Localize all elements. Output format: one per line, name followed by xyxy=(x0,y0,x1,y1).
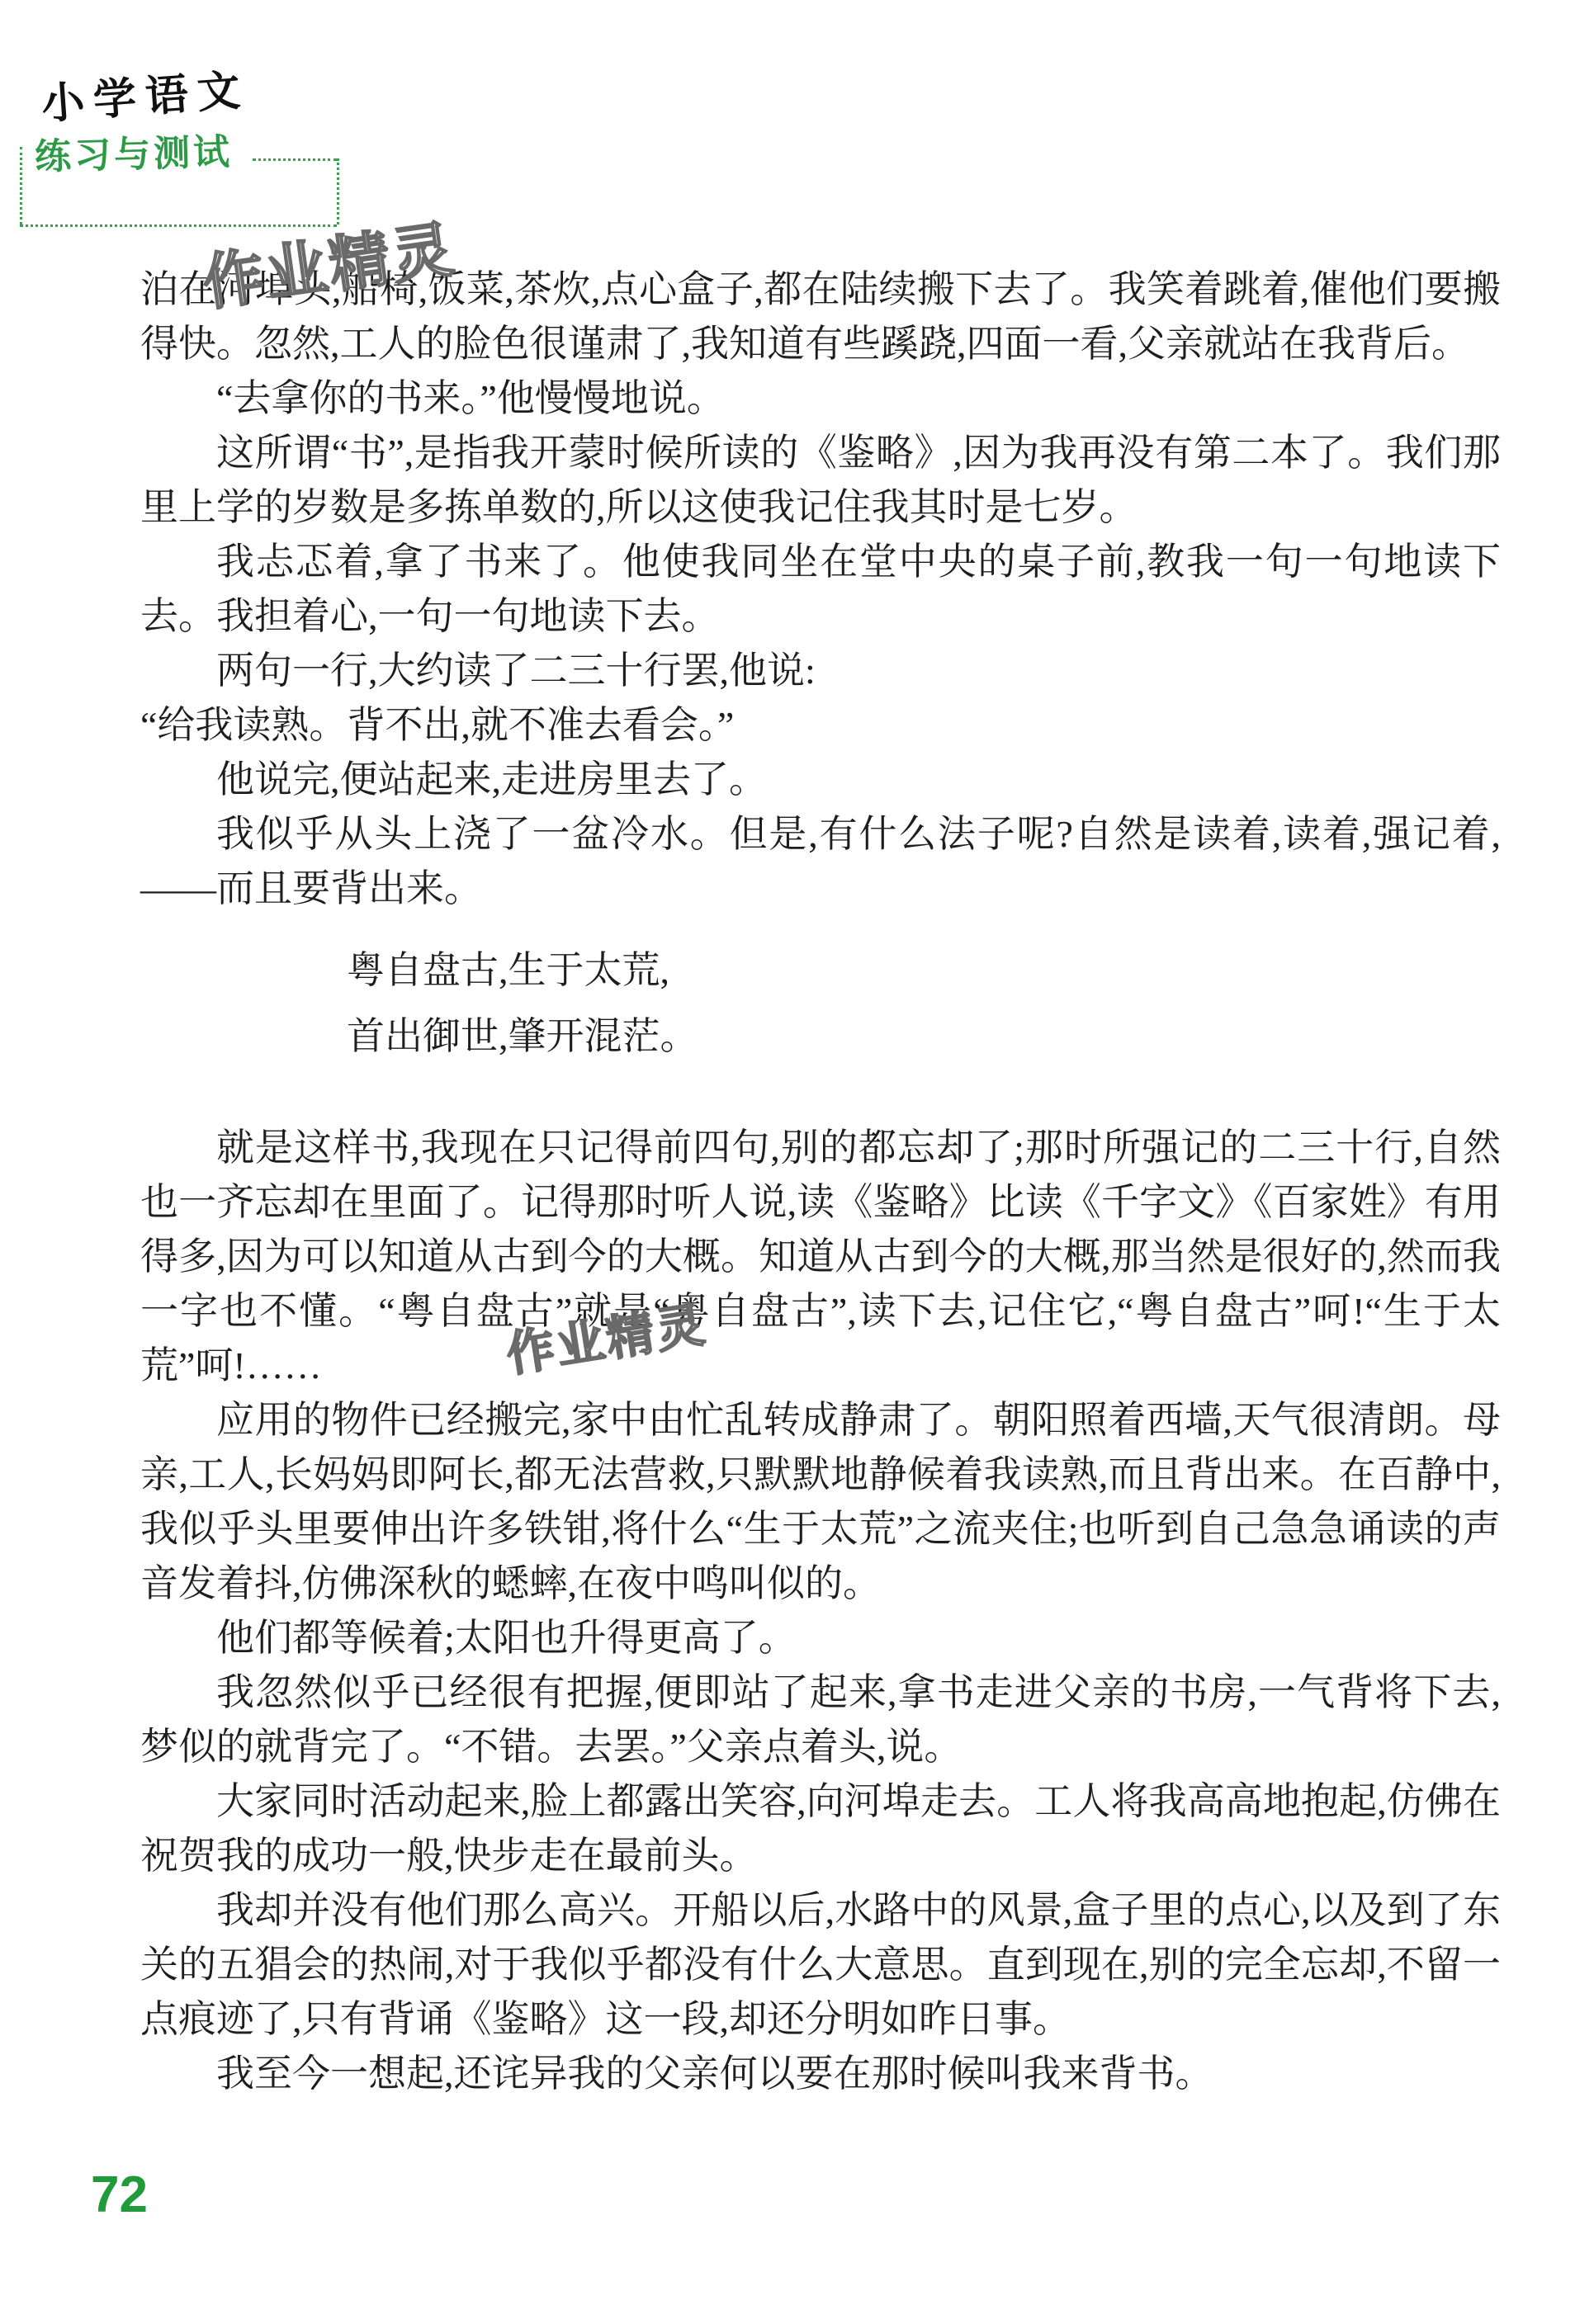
paragraph: 大家同时活动起来,脸上都露出笑容,向河埠走去。工人将我高高地抱起,仿佛在祝贺我的… xyxy=(140,1774,1501,1883)
series-title: 小学语文 xyxy=(39,55,251,131)
paragraph: 我似乎从头上浇了一盆冷水。但是,有什么法子呢?自然是读着,读着,强记着,——而且… xyxy=(140,807,1501,916)
paragraph: “给我读熟。背不出,就不准去看会。” xyxy=(140,698,1501,753)
article-text: 泊在河埠头,船椅,饭菜,茶炊,点心盒子,都在陆续搬下去了。我笑着跳着,催他们要搬… xyxy=(140,262,1501,2101)
textbook-page: 小学语文 练习与测试 泊在河埠头,船椅,饭菜,茶炊,点心盒子,都在陆续搬下去了。… xyxy=(0,0,1594,2324)
verse-line: 首出御世,肇开混茫。 xyxy=(347,1004,1501,1070)
dotted-border-left xyxy=(20,147,22,224)
verse-line: 粤自盘古,生于太荒, xyxy=(347,938,1501,1004)
paragraph: 就是这样书,我现在只记得前四句,别的都忘却了;那时所强记的二三十行,自然也一齐忘… xyxy=(140,1121,1501,1393)
page-number: 72 xyxy=(91,2166,148,2224)
paragraph: 我忐忑着,拿了书来了。他使我同坐在堂中央的桌子前,教我一句一句地读下去。我担着心… xyxy=(140,535,1501,644)
paragraph: 应用的物件已经搬完,家中由忙乱转成静肃了。朝阳照着西墙,天气很清朗。母亲,工人,… xyxy=(140,1393,1501,1611)
paragraph: 我却并没有他们那么高兴。开船以后,水路中的风景,盒子里的点心,以及到了东关的五猖… xyxy=(140,1883,1501,2047)
dotted-border-right xyxy=(337,158,339,224)
paragraph: 这所谓“书”,是指我开蒙时候所读的《鉴略》,因为我再没有第二本了。我们那里上学的… xyxy=(140,426,1501,535)
paragraph: 我忽然似乎已经很有把握,便即站了起来,拿书走进父亲的书房,一气背将下去,梦似的就… xyxy=(140,1665,1501,1774)
verse-block: 粤自盘古,生于太荒,首出御世,肇开混茫。 xyxy=(347,938,1501,1070)
dotted-border-top-right xyxy=(253,158,337,161)
paragraph: “去拿你的书来。”他慢慢地说。 xyxy=(140,371,1501,426)
book-subtitle: 练习与测试 xyxy=(34,122,234,180)
paragraph: 两句一行,大约读了二三十行罢,他说: xyxy=(140,644,1501,698)
paragraph: 他说完,便站起来,走进房里去了。 xyxy=(140,753,1501,807)
paragraph: 我至今一想起,还诧异我的父亲何以要在那时候叫我来背书。 xyxy=(140,2047,1501,2101)
paragraph: 他们都等候着;太阳也升得更高了。 xyxy=(140,1611,1501,1665)
